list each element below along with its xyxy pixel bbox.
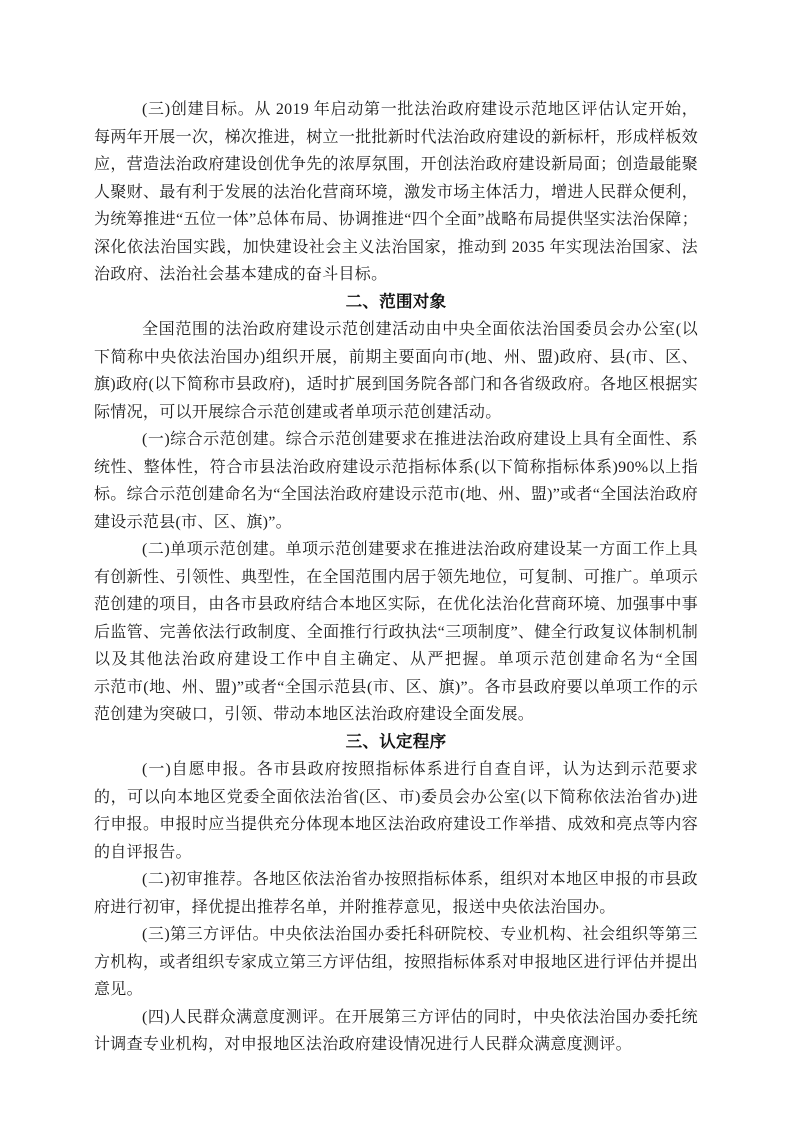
paragraph-initial-review: (二)初审推荐。各地区依法治省办按照指标体系，组织对本地区申报的市县政府进行初审… [94,866,698,921]
paragraph-single-item-demonstration: (二)单项示范创建。单项示范创建要求在推进法治政府建设某一方面工作上具有创新性、… [94,536,698,729]
paragraph-public-satisfaction: (四)人民群众满意度测评。在开展第三方评估的同时，中央依法治国办委托统计调查专业… [94,1004,698,1059]
paragraph-scope-intro: 全国范围的法治政府建设示范创建活动由中央全面依法治国委员会办公室(以下简称中央依… [94,316,698,426]
paragraph-voluntary-application: (一)自愿申报。各市县政府按照指标体系进行自查自评，认为达到示范要求的，可以向本… [94,756,698,866]
document-page: (三)创建目标。从 2019 年启动第一批法治政府建设示范地区评估认定开始，每两… [0,0,793,1122]
paragraph-comprehensive-demonstration: (一)综合示范创建。综合示范创建要求在推进法治政府建设上具有全面性、系统性、整体… [94,426,698,536]
section-heading-procedure: 三、认定程序 [94,729,698,757]
document-body: (三)创建目标。从 2019 年启动第一批法治政府建设示范地区评估认定开始，每两… [94,96,698,1059]
section-heading-scope: 二、范围对象 [94,289,698,317]
paragraph-creation-goal: (三)创建目标。从 2019 年启动第一批法治政府建设示范地区评估认定开始，每两… [94,96,698,289]
paragraph-third-party-evaluation: (三)第三方评估。中央依法治国办委托科研院校、专业机构、社会组织等第三方机构，或… [94,921,698,1004]
